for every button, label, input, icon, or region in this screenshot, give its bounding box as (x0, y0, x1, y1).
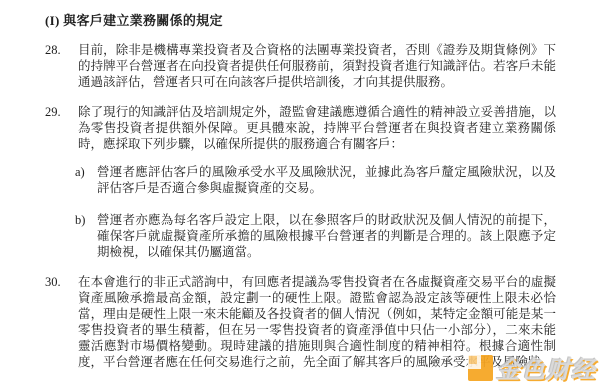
paragraph-28: 28. 目前，除非是機構專業投資者及合資格的法團專業投資者，否則《證券及期貨條例… (45, 42, 556, 90)
list-item-text: 營運者應評估客戶的風險承受水平及風險狀況，並據此為客戶釐定風險狀況，以及評估客戶… (97, 164, 556, 196)
document-page: (I) 與客戶建立業務關係的規定 28. 目前，除非是機構專業投資者及合資格的法… (0, 0, 600, 388)
list-item-label: b) (75, 212, 97, 260)
watermark-text: 金色财经 (496, 350, 596, 385)
list-item-b: b) 營運者亦應為每名客戶設定上限，以在參照客戶的財政狀況及個人情況的前提下，確… (75, 212, 556, 260)
paragraph-number: 29. (45, 104, 78, 152)
section-heading: (I) 與客戶建立業務關係的規定 (45, 13, 556, 29)
list-item-label: a) (75, 164, 97, 196)
paragraph-number: 30. (45, 274, 78, 370)
document-content: (I) 與客戶建立業務關係的規定 28. 目前，除非是機構專業投資者及合資格的法… (0, 0, 600, 370)
paragraph-29: 29. 除了現行的知識評估及培訓規定外，證監會建議應遵循合適性的精神設立妥善措施… (45, 104, 556, 152)
watermark: 金色财经 (468, 350, 596, 385)
paragraph-text: 目前，除非是機構專業投資者及合資格的法團專業投資者，否則《證券及期貨條例》下的持… (78, 42, 556, 90)
list-item-text: 營運者亦應為每名客戶設定上限，以在參照客戶的財政狀況及個人情況的前提下，確保客戶… (97, 212, 556, 260)
jinse-finance-logo-icon (468, 355, 493, 381)
paragraph-number: 28. (45, 42, 78, 90)
list-item-a: a) 營運者應評估客戶的風險承受水平及風險狀況，並據此為客戶釐定風險狀況，以及評… (75, 164, 556, 196)
paragraph-text: 除了現行的知識評估及培訓規定外，證監會建議應遵循合適性的精神設立妥善措施，以為零… (78, 104, 556, 152)
